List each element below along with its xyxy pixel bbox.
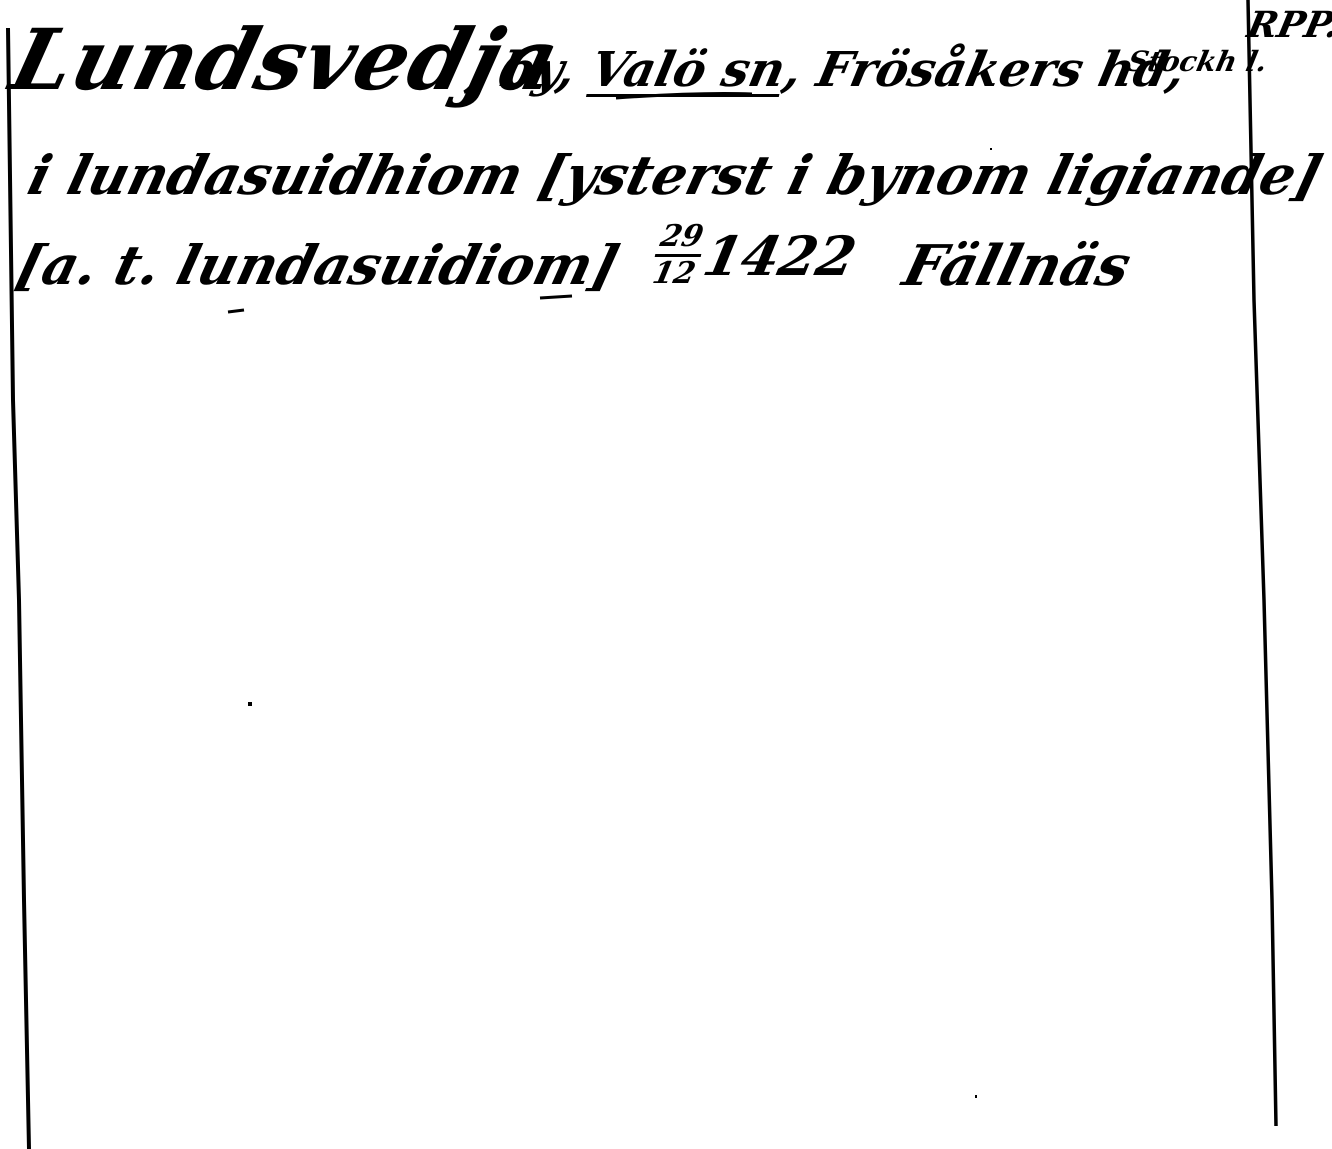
historical-form: i lundasuidhiom	[22, 143, 530, 207]
bracket-note: [ysterst i bynom ligiande]	[533, 143, 1329, 207]
entry-line-3: [a. t. lundasuidiom]	[11, 238, 624, 292]
scan-speck	[990, 148, 992, 150]
date-day: 29	[655, 222, 708, 257]
source-place: Fällnäs	[898, 238, 1136, 294]
source-date: 29 12 1422	[648, 222, 862, 289]
signature-initials: RPP.	[1244, 4, 1332, 46]
scan-speck	[975, 1095, 977, 1098]
note-underline-2	[228, 310, 244, 312]
date-year: 1422	[698, 224, 862, 288]
parish: Valö sn	[586, 42, 791, 98]
entry-line-1: , by, Valö sn, Frösåkers hd,	[463, 46, 1190, 94]
county-abbrev: Stockh l.	[1125, 48, 1270, 76]
index-card: Lundsvedja , by, Valö sn, Frösåkers hd, …	[0, 0, 1332, 1149]
scan-speck	[248, 702, 252, 706]
date-month: 12	[650, 257, 699, 289]
hundred: Frösåkers hd	[812, 42, 1174, 98]
alternate-form-note: [a. t. lundasuidiom]	[10, 233, 626, 297]
entry-line-2: i lundasuidhiom [ysterst i bynom ligiand…	[23, 148, 1327, 202]
